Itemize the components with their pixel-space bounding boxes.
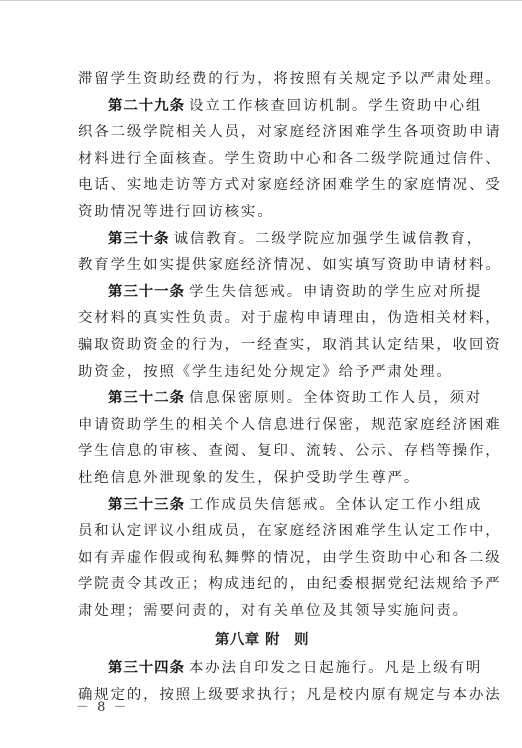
text-line: 织各二级学院相关人员，对家庭经济困难学生各项资助申请	[78, 119, 446, 146]
article-heading: 第三十三条	[108, 496, 185, 513]
text-line: 学生信息的审核、查阅、复印、流转、公示、存档等操作，	[78, 438, 446, 465]
text-line: 诚信教育。二级学院应加强学生诚信教育，	[174, 231, 484, 247]
article-heading: 第三十四条	[108, 659, 185, 676]
text-line: 学院责令其改正；构成违纪的，由纪委根据党纪法规给予严	[78, 571, 446, 598]
text-line: 杜绝信息外泄现象的发生，保护受助学生尊严。	[78, 465, 446, 492]
text-line: 申请资助学生的相关个人信息进行保密，规范家庭经济困难	[78, 412, 446, 439]
article-30: 第三十条诚信教育。二级学院应加强学生诚信教育，	[78, 226, 446, 253]
page-number: － 8 －	[76, 696, 129, 715]
chapter-title-part: 则	[294, 632, 309, 648]
article-heading: 第三十条	[108, 230, 170, 247]
article-33: 第三十三条工作成员失信惩戒。全体认定工作小组成	[78, 492, 446, 519]
text-line: 如有弄虚作假或徇私舞弊的情况，由学生资助中心和各二级	[78, 545, 446, 572]
article-31: 第三十一条学生失信惩戒。申请资助的学生应对所提	[78, 279, 446, 306]
text-line: 骗取资助资金的行为，一经查实，取消其认定结果，收回资	[78, 332, 446, 359]
article-29: 第二十九条设立工作核查回访机制。学生资助中心组	[78, 93, 446, 120]
text-line: 信息保密原则。全体资助工作人员，须对	[189, 390, 482, 406]
text-line: 滞留学生资助经费的行为，将按照有关规定予以严肃处理。	[78, 66, 446, 93]
article-heading: 第三十一条	[108, 283, 185, 300]
text-line: 设立工作核查回访机制。学生资助中心组	[189, 98, 482, 114]
page-top-border	[0, 0, 522, 1]
text-line: 工作成员失信惩戒。全体认定工作小组成	[189, 497, 482, 513]
text-line: 电话、实地走访等方式对家庭经济困难学生的家庭情况、受	[78, 172, 446, 199]
article-34: 第三十四条本办法自印发之日起施行。凡是上级有明	[78, 655, 446, 682]
document-page: 滞留学生资助经费的行为，将按照有关规定予以严肃处理。 第二十九条设立工作核查回访…	[78, 66, 446, 709]
text-line: 肃处理；需要问责的，对有关单位及其领导实施问责。	[78, 598, 446, 625]
text-line: 确规定的，按照上级要求执行；凡是校内原有规定与本办法	[78, 682, 446, 709]
text-line: 资助情况等进行回访核实。	[78, 199, 446, 226]
article-32: 第三十二条信息保密原则。全体资助工作人员，须对	[78, 385, 446, 412]
text-line: 助资金，按照《学生违纪处分规定》给予严肃处理。	[78, 359, 446, 386]
chapter-title-part: 第八章 附	[215, 632, 280, 648]
text-line: 教育学生如实提供家庭经济情况、如实填写资助申请材料。	[78, 252, 446, 279]
text-line: 材料进行全面核查。学生资助中心和各二级学院通过信件、	[78, 146, 446, 173]
text-line: 本办法自印发之日起施行。凡是上级有明	[189, 660, 482, 676]
article-heading: 第二十九条	[108, 97, 185, 114]
text-line: 交材料的真实性负责。对于虚构申请理由，伪造相关材料，	[78, 305, 446, 332]
article-heading: 第三十二条	[108, 389, 185, 406]
text-line: 学生失信惩戒。申请资助的学生应对所提	[189, 284, 482, 300]
chapter-heading: 第八章 附则	[78, 624, 446, 655]
text-line: 员和认定评议小组成员，在家庭经济困难学生认定工作中，	[78, 518, 446, 545]
